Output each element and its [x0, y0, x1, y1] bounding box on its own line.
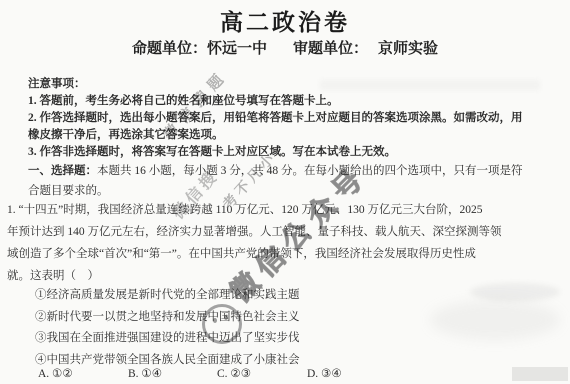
statement-item: ①经济高质量发展是新时代党的全部理论和实践主题 — [35, 285, 300, 307]
question-line: 域创造了多个全球“首次”和“第一”。在中国共产党的带领下，我国经济社会发展取得历… — [7, 243, 502, 265]
answer-choice-b: B. ①④ — [128, 366, 162, 380]
statement-item: ③我国在全面推进强国建设的进程中迈出了坚实步伐 — [35, 328, 300, 350]
exam-paper-page: 微信搜题 微信搜 考不凡小 微信公众号 高二政治卷 命题单位：怀远一中审题单位：… — [0, 0, 570, 384]
notice-line: 1. 答题前，考生务必将自己的姓名和座位号填写在答题卡上。 — [28, 93, 523, 110]
notice-title: 注意事项： — [28, 76, 523, 93]
section-text: 本题共 16 小题，每小题 3 分，共 48 分。在每小题给出的四个选项中，只有… — [97, 165, 523, 177]
reviewer-unit-value: 京师实验 — [378, 40, 438, 57]
section-line: 合题目要求的。 — [28, 181, 523, 201]
notice-line: 2. 作答选择题时，选出每小题答案后，用铅笔将答题卡上对应题目的答案选项涂黑。如… — [28, 110, 523, 127]
notice-line: 橡皮擦干净后，再选涂其它答案选项。 — [28, 127, 523, 144]
setter-unit-value: 怀远一中 — [207, 40, 267, 57]
scan-smudge — [430, 300, 560, 340]
question-line: 就。这表明（ ） — [7, 265, 502, 287]
notice-block: 注意事项： 1. 答题前，考生务必将自己的姓名和座位号填写在答题卡上。 2. 作… — [28, 76, 523, 161]
setter-unit-label: 命题单位： — [132, 40, 207, 57]
section-heading: 一、选择题：本题共 16 小题，每小题 3 分，共 48 分。在每小题给出的四个… — [28, 161, 523, 201]
answer-choices-row: A. ①② B. ①④ C. ②③ D. ③④ — [0, 366, 570, 382]
section-label: 一、选择题： — [28, 165, 97, 177]
question-line: 年预计达到 140 万亿元左右，经济实力显著增强。人工智能、量子科技、载人航天、… — [7, 221, 502, 243]
answer-choice-c: C. ②③ — [217, 366, 251, 380]
question-1-statements: ①经济高质量发展是新时代党的全部理论和实践主题 ②新时代要一以贯之地坚持和发展中… — [35, 285, 300, 372]
answer-choice-d: D. ③④ — [307, 366, 342, 380]
question-line: 1. “十四五”时期，我国经济总量连续跨越 110 万亿元、120 万亿元、13… — [7, 199, 502, 221]
section-line: 一、选择题：本题共 16 小题，每小题 3 分，共 48 分。在每小题给出的四个… — [28, 161, 523, 181]
answer-choice-a: A. ①② — [38, 366, 73, 380]
notice-line: 3. 作答非选择题时，将答案写在答题卡上对应区域。写在本试卷上无效。 — [28, 144, 523, 161]
question-1-body: 1. “十四五”时期，我国经济总量连续跨越 110 万亿元、120 万亿元、13… — [7, 199, 502, 287]
page-title: 高二政治卷 — [0, 4, 570, 37]
reviewer-unit-label: 审题单位： — [293, 40, 368, 57]
exam-units-line: 命题单位：怀远一中审题单位：京师实验 — [0, 37, 570, 58]
statement-item: ②新时代要一以贯之地坚持和发展中国特色社会主义 — [35, 307, 300, 329]
